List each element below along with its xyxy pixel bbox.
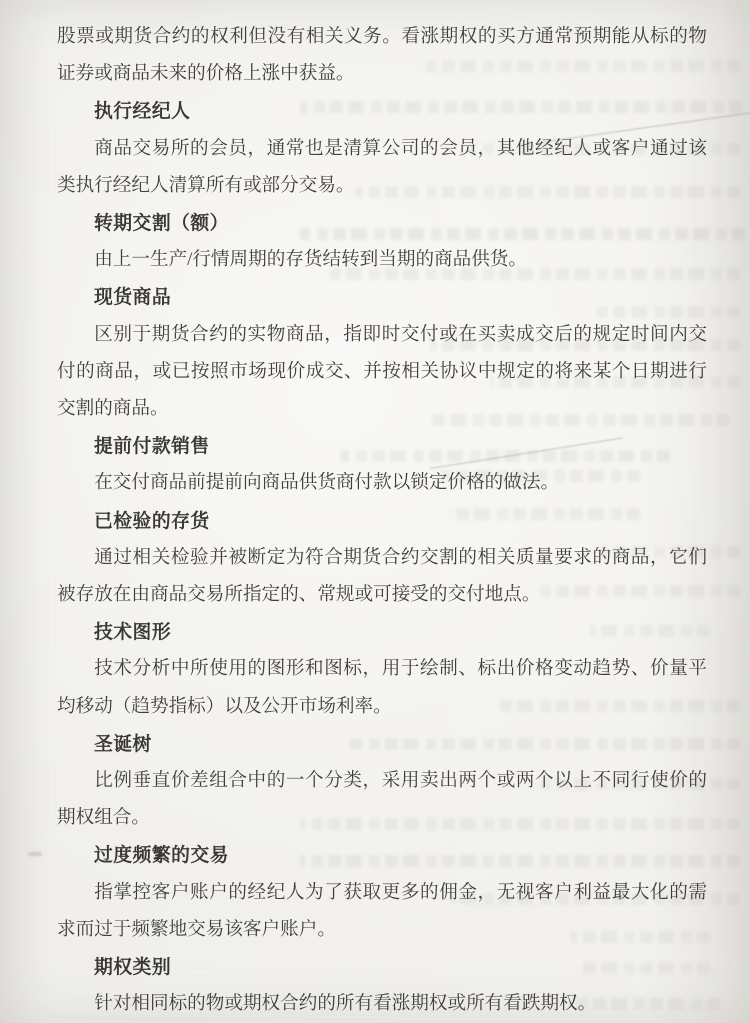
term-heading-executing-broker: 执行经纪人	[94, 92, 707, 129]
term-heading-christmas-tree: 圣诞树	[94, 725, 707, 762]
term-heading-advance-payment-sale: 提前付款销售	[94, 427, 707, 464]
term-heading-certified-stock: 已检验的存货	[94, 502, 707, 539]
scanned-book-page: 股票或期货合约的权利但没有相关义务。看涨期权的买方通常预期能从标的物证券或商品未…	[0, 0, 750, 1023]
term-heading-churning: 过度频繁的交易	[94, 836, 707, 873]
term-definition: 指掌控客户账户的经纪人为了获取更多的佣金，无视客户利益最大化的需求而过于频繁地交…	[57, 874, 707, 948]
paragraph-continuation: 股票或期货合约的权利但没有相关义务。看涨期权的买方通常预期能从标的物证券或商品未…	[57, 18, 707, 92]
term-definition: 区别于期货合约的实物商品，指即时交付或在买卖成交后的规定时间内交付的商品，或已按…	[57, 316, 707, 428]
term-definition: 由上一生产/行情周期的存货结转到当期的商品供货。	[57, 241, 707, 278]
term-definition: 技术分析中所使用的图形和图标，用于绘制、标出价格变动趋势、价量平均移动（趋势指标…	[57, 650, 707, 724]
page-content: 股票或期货合约的权利但没有相关义务。看涨期权的买方通常预期能从标的物证券或商品未…	[0, 0, 750, 1023]
term-heading-technical-chart: 技术图形	[94, 613, 707, 650]
term-definition: 商品交易所的会员，通常也是清算公司的会员，其他经纪人或客户通过该类执行经纪人清算…	[57, 130, 707, 204]
term-definition: 通过相关检验并被断定为符合期货合约交割的相关质量要求的商品，它们被存放在由商品交…	[57, 539, 707, 613]
term-definition: 针对相同标的物或期权合约的所有看涨期权或所有看跌期权。	[57, 985, 707, 1022]
term-heading-cash-commodity: 现货商品	[94, 278, 707, 315]
term-definition: 比例垂直价差组合中的一个分类，采用卖出两个或两个以上不同行使价的期权组合。	[57, 762, 707, 836]
term-heading-option-class: 期权类别	[94, 948, 707, 985]
term-definition: 在交付商品前提前向商品供货商付款以锁定价格的做法。	[57, 464, 707, 501]
term-heading-carryover-delivery: 转期交割（额）	[94, 204, 707, 241]
